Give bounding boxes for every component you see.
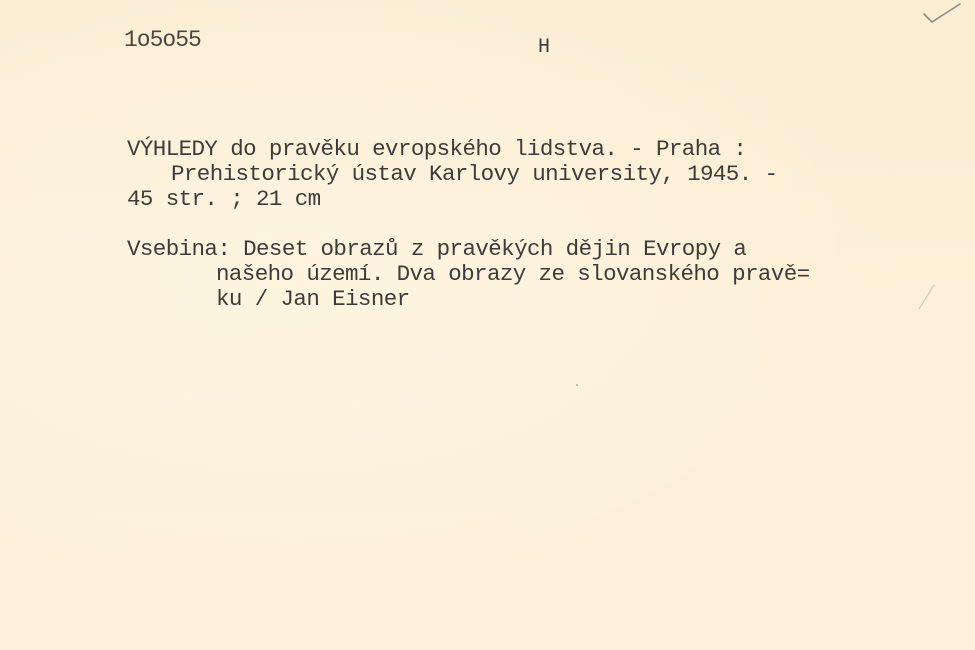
contents-line-2: našeho území. Dva obrazy ze slovanského …	[216, 262, 810, 286]
contents-line-3: ku / Jan Eisner	[216, 287, 410, 311]
location-mark: H	[538, 36, 549, 60]
contents-line-1: Vsebina: Deset obrazů z pravěkých dějin …	[127, 237, 746, 261]
pencil-stroke-mark	[916, 283, 936, 311]
call-number: 1o5o55	[124, 28, 201, 52]
title-line-2: Prehistorický ústav Karlovy university, …	[171, 162, 777, 186]
title-line-3: 45 str. ; 21 cm	[127, 187, 321, 211]
catalog-card: 1o5o55 H VÝHLEDY do pravěku evropského l…	[0, 0, 975, 650]
checkmark-icon	[922, 2, 962, 26]
title-line-1: VÝHLEDY do pravěku evropského lidstva. -…	[127, 137, 746, 161]
paper-speck	[576, 384, 578, 386]
